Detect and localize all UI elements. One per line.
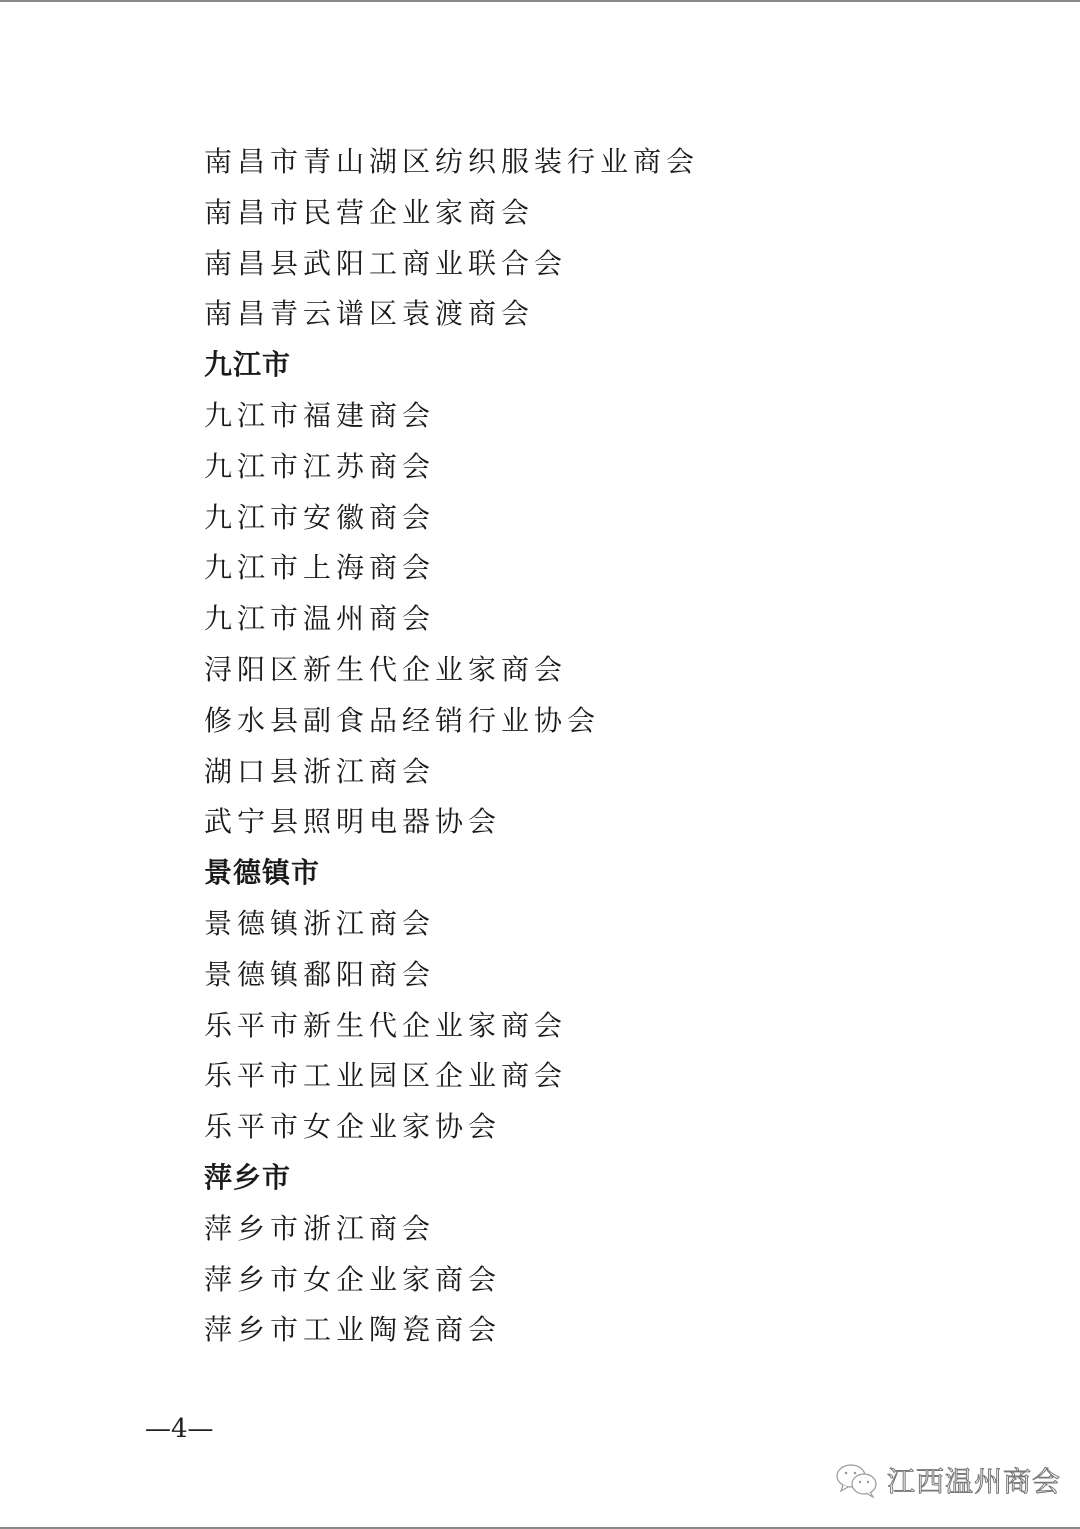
list-item: 乐平市女企业家协会: [204, 1102, 1004, 1153]
list-item: 南昌青云谱区袁渡商会: [204, 289, 1004, 340]
list-item: 乐平市新生代企业家商会: [204, 1001, 1004, 1052]
list-item: 武宁县照明电器协会: [204, 797, 1004, 848]
list-item: 景德镇鄱阳商会: [204, 950, 1004, 1001]
list-item: 九江市温州商会: [204, 594, 1004, 645]
page-number: —4—: [145, 1414, 214, 1444]
top-border-rule: [0, 0, 1080, 2]
wechat-icon: [835, 1462, 879, 1498]
watermark: 江西温州商会: [835, 1458, 1061, 1502]
section-heading-jiujiang: 九江市: [204, 340, 1004, 391]
list-item: 修水县副食品经销行业协会: [204, 696, 1004, 747]
list-item: 九江市安徽商会: [204, 493, 1004, 544]
section-heading-pingxiang: 萍乡市: [204, 1153, 1004, 1204]
watermark-text: 江西温州商会: [887, 1460, 1061, 1500]
list-item: 萍乡市工业陶瓷商会: [204, 1305, 1004, 1356]
list-item: 南昌市青山湖区纺织服装行业商会: [204, 137, 1004, 188]
list-item: 乐平市工业园区企业商会: [204, 1051, 1004, 1102]
list-item: 萍乡市女企业家商会: [204, 1255, 1004, 1306]
list-item: 萍乡市浙江商会: [204, 1204, 1004, 1255]
list-item: 湖口县浙江商会: [204, 747, 1004, 798]
list-item: 景德镇浙江商会: [204, 899, 1004, 950]
list-item: 南昌县武阳工商业联合会: [204, 239, 1004, 290]
list-item: 南昌市民营企业家商会: [204, 188, 1004, 239]
list-item: 浔阳区新生代企业家商会: [204, 645, 1004, 696]
list-item: 九江市上海商会: [204, 543, 1004, 594]
list-item: 九江市江苏商会: [204, 442, 1004, 493]
list-item: 九江市福建商会: [204, 391, 1004, 442]
section-heading-jingdezhen: 景德镇市: [204, 848, 1004, 899]
organization-list: 南昌市青山湖区纺织服装行业商会 南昌市民营企业家商会 南昌县武阳工商业联合会 南…: [204, 137, 1004, 1356]
